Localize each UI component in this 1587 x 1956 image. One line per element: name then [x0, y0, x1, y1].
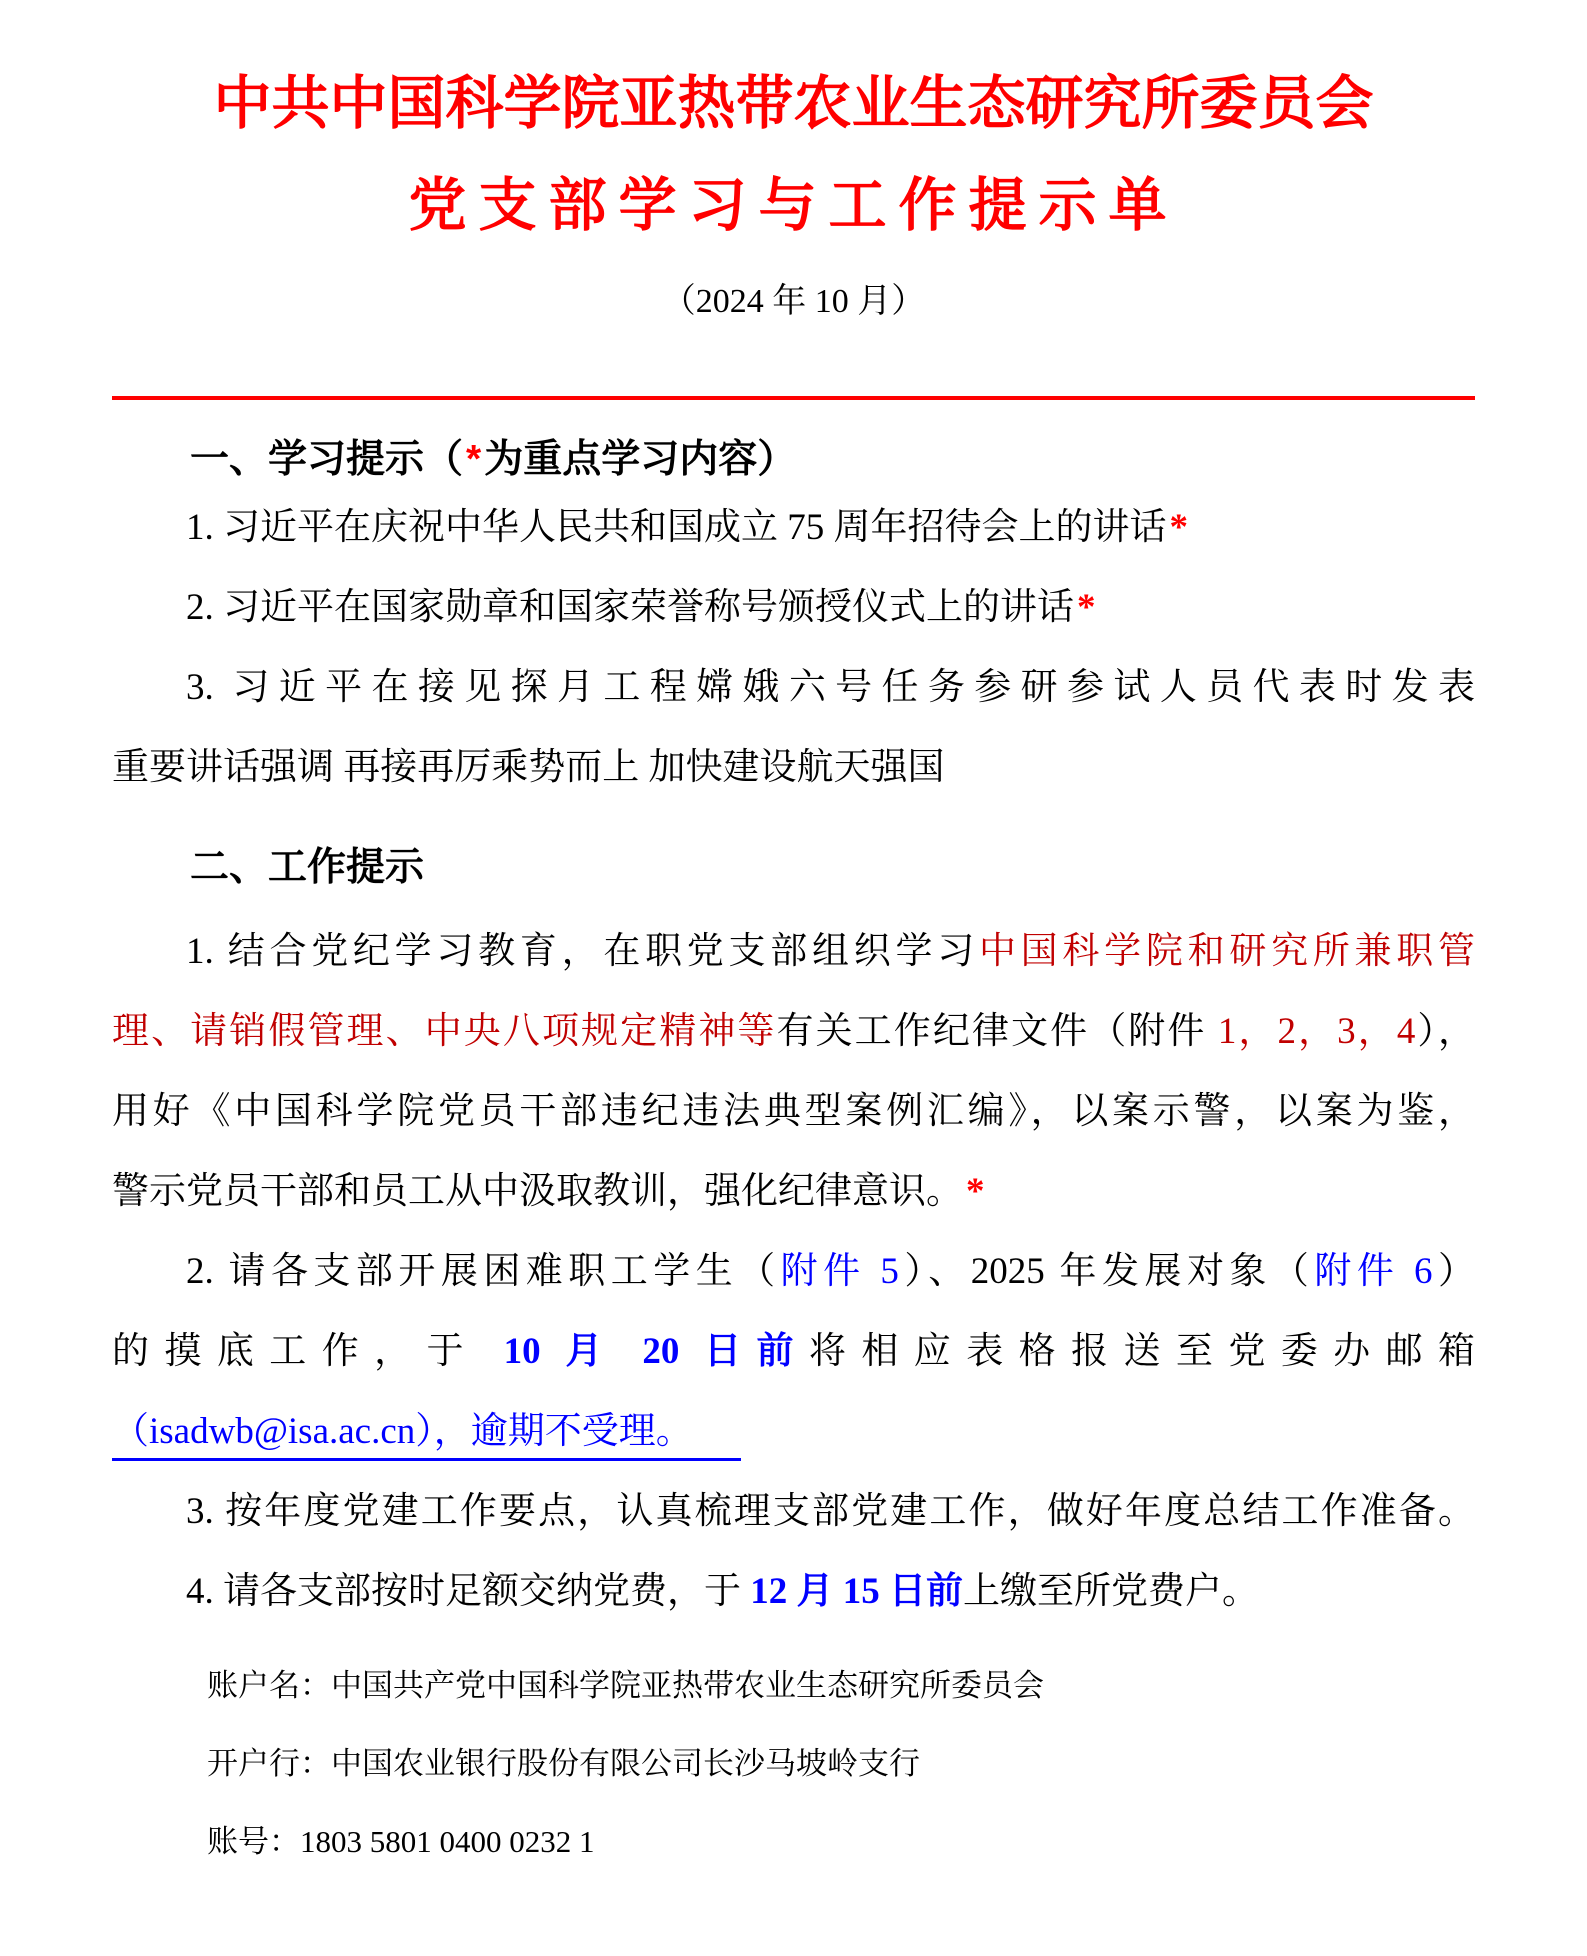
doc-title-line1: 中共中国科学院亚热带农业生态研究所委员会	[112, 62, 1475, 146]
work-item-1-line2-red: 理、请销假管理、中央八项规定精神等	[112, 1011, 777, 1052]
work-item-2-line1: 2. 请各支部开展困难职工学生（附件 5）、2025 年发展对象（附件 6）	[112, 1232, 1475, 1312]
work-item-1-line4-black: 警示党员干部和员工从中汲取教训，强化纪律意识。	[112, 1171, 963, 1212]
deadline-dec-15: 12 月 15 日前	[750, 1571, 963, 1612]
key-point-asterisk: *	[463, 438, 484, 481]
work-item-2-line1-black3: ）	[1433, 1251, 1475, 1292]
account-number-line: 账号：1803 5801 0400 0232 1	[112, 1803, 1475, 1881]
account-name-line: 账户名：中国共产党中国科学院亚热带农业生态研究所委员会	[112, 1647, 1475, 1725]
learning-item-3-line2: 重要讲话强调 再接再厉乘势而上 加快建设航天强国	[112, 728, 1475, 808]
learning-item-2-asterisk: *	[1074, 587, 1099, 628]
attachment-5-link[interactable]: 附件 5	[781, 1251, 899, 1292]
learning-item-1-asterisk: *	[1167, 507, 1192, 548]
deadline-oct-20: 10 月 20 日前	[504, 1331, 809, 1372]
section2-heading: 二、工作提示	[112, 840, 1475, 896]
work-item-2-line2-black1: 的摸底工作，于	[112, 1331, 504, 1372]
section1-heading: 一、学习提示（*为重点学习内容）	[112, 432, 1475, 488]
work-item-4: 4. 请各支部按时足额交纳党费，于 12 月 15 日前上缴至所党费户。	[112, 1552, 1475, 1632]
section1-heading-post: 为重点学习内容）	[484, 438, 796, 481]
work-item-1-line2-black1: 有关工作纪律文件（附件	[777, 1011, 1218, 1052]
learning-item-1-text: 1. 习近平在庆祝中华人民共和国成立 75 周年招待会上的讲话	[186, 507, 1167, 548]
work-item-1-line2-red2: 1，2，3，4	[1218, 1011, 1416, 1052]
doc-title-line2: 党支部学习与工作提示单	[112, 164, 1475, 248]
work-item-2-line2: 的摸底工作，于 10 月 20 日前将相应表格报送至党委办邮箱	[112, 1312, 1475, 1392]
document-page: 中共中国科学院亚热带农业生态研究所委员会 党支部学习与工作提示单 （2024 年…	[112, 62, 1475, 1881]
work-item-2-line1-black2: ）、2025 年发展对象（	[899, 1251, 1315, 1292]
account-bank-line: 开户行：中国农业银行股份有限公司长沙马坡岭支行	[112, 1725, 1475, 1803]
work-item-3: 3. 按年度党建工作要点，认真梳理支部党建工作，做好年度总结工作准备。	[112, 1472, 1475, 1552]
work-item-1-line4: 警示党员干部和员工从中汲取教训，强化纪律意识。*	[112, 1152, 1475, 1232]
work-item-1-line2-black2: ），	[1415, 1011, 1475, 1052]
learning-item-2: 2. 习近平在国家勋章和国家荣誉称号颁授仪式上的讲话*	[112, 568, 1475, 648]
work-item-1-line1: 1. 结合党纪学习教育，在职党支部组织学习中国科学院和研究所兼职管	[112, 912, 1475, 992]
red-divider	[112, 396, 1475, 400]
work-item-1-asterisk: *	[963, 1171, 988, 1212]
doc-date: （2024 年 10 月）	[112, 278, 1475, 326]
section1-heading-pre: 一、学习提示（	[190, 438, 463, 481]
learning-item-1: 1. 习近平在庆祝中华人民共和国成立 75 周年招待会上的讲话*	[112, 488, 1475, 568]
work-item-2-line3: （isadwb@isa.ac.cn），逾期不受理。	[112, 1392, 1475, 1472]
attachment-6-link[interactable]: 附件 6	[1314, 1251, 1432, 1292]
learning-item-3-line1: 3. 习近平在接见探月工程嫦娥六号任务参研参试人员代表时发表	[112, 648, 1475, 728]
work-item-2-line2-black2: 将相应表格报送至党委办邮箱	[809, 1331, 1475, 1372]
email-link[interactable]: （isadwb@isa.ac.cn），逾期不受理。	[112, 1406, 741, 1461]
work-item-2-line1-black1: 2. 请各支部开展困难职工学生（	[186, 1251, 781, 1292]
work-item-4-pre: 4. 请各支部按时足额交纳党费，于	[186, 1571, 750, 1612]
work-item-1-line1-black: 1. 结合党纪学习教育，在职党支部组织学习	[186, 931, 979, 972]
learning-item-2-text: 2. 习近平在国家勋章和国家荣誉称号颁授仪式上的讲话	[186, 587, 1074, 628]
work-item-4-post: 上缴至所党费户。	[963, 1571, 1259, 1612]
work-item-1-line3: 用好《中国科学院党员干部违纪违法典型案例汇编》，以案示警，以案为鉴，	[112, 1072, 1475, 1152]
work-item-1-line2: 理、请销假管理、中央八项规定精神等有关工作纪律文件（附件 1，2，3，4），	[112, 992, 1475, 1072]
work-item-1-line1-red: 中国科学院和研究所兼职管	[979, 931, 1475, 972]
